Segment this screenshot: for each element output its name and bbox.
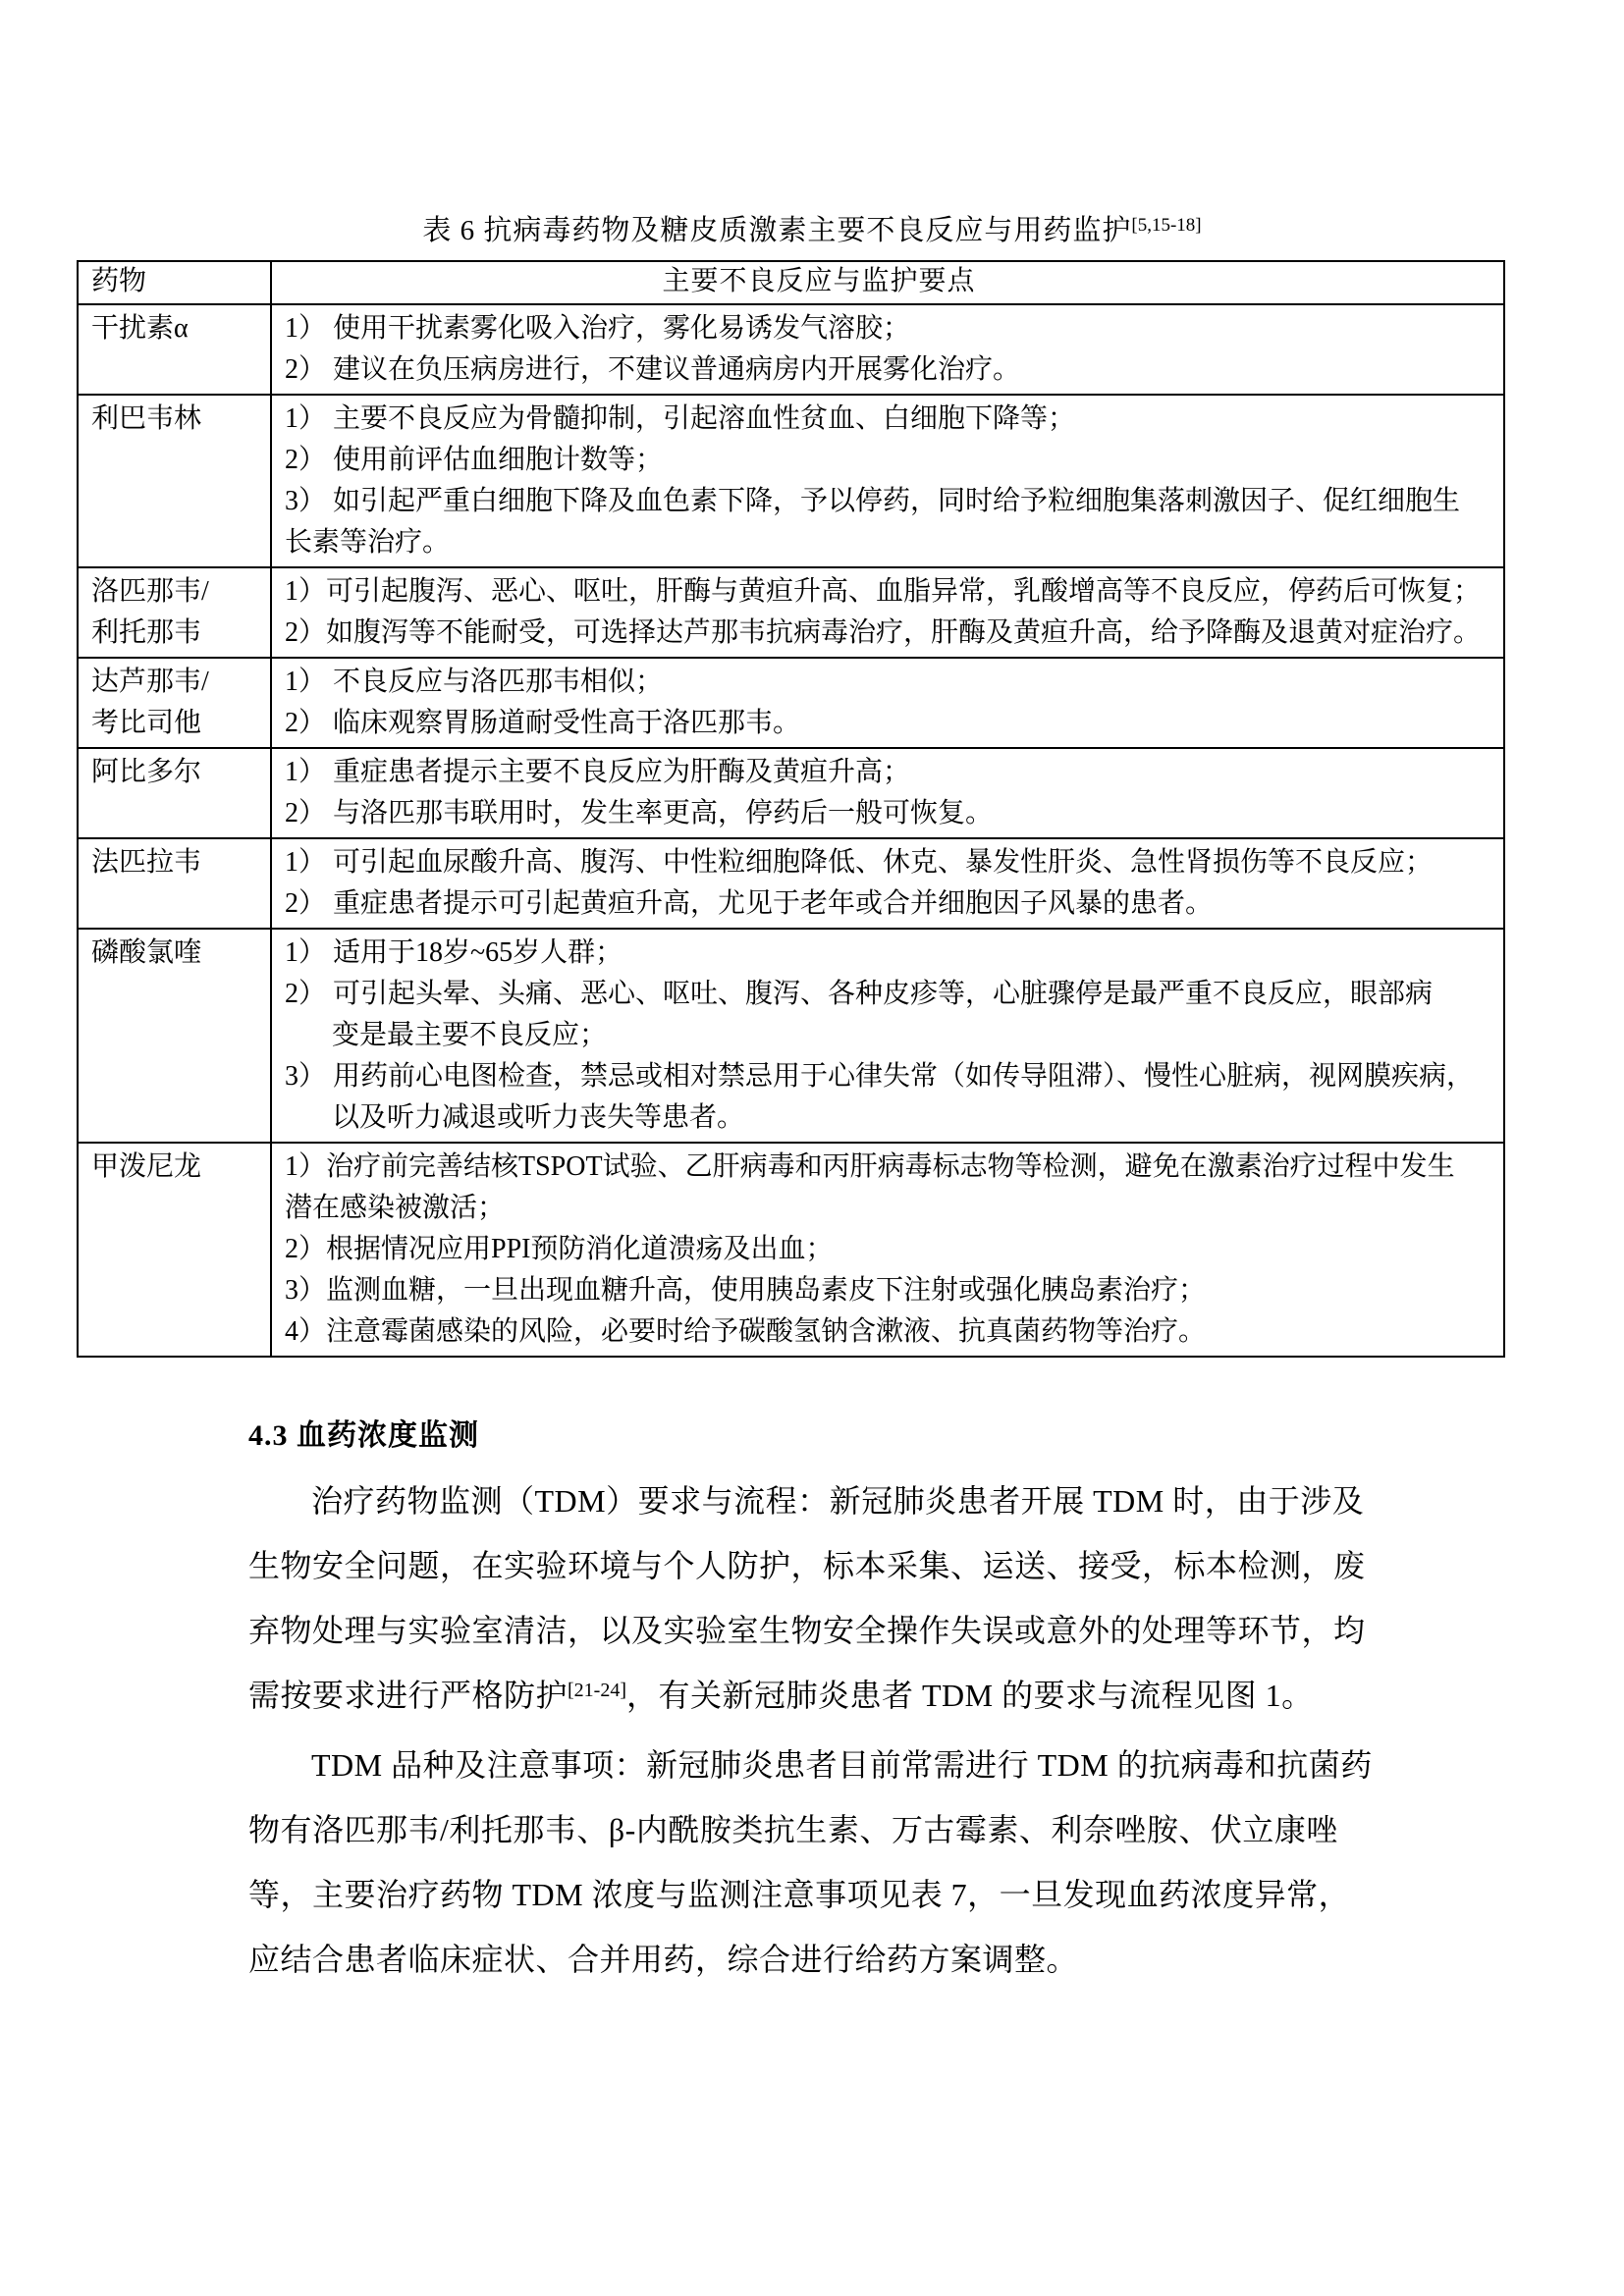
point-line: 1）治疗前完善结核TSPOT试验、乙肝病毒和丙肝病毒标志物等检测，避免在激素治疗… xyxy=(285,1147,1495,1188)
paragraph-line: 应结合患者临床症状、合并用药，综合进行给药方案调整。 xyxy=(248,1927,1380,1992)
paragraph-line: 物有洛匹那韦/利托那韦、β-内酰胺类抗生素、万古霉素、利奈唑胺、伏立康唑 xyxy=(248,1797,1380,1862)
section-paragraphs: 治疗药物监测（TDM）要求与流程：新冠肺炎患者开展 TDM 时，由于涉及生物安全… xyxy=(248,1468,1380,1992)
drug-name-cell: 达芦那韦/考比司他 xyxy=(78,658,271,748)
table-row: 磷酸氯喹1） 适用于18岁~65岁人群；2） 可引起头晕、头痛、恶心、呕吐、腹泻… xyxy=(78,929,1504,1143)
adverse-reactions-table: 药物 主要不良反应与监护要点 干扰素α1） 使用干扰素雾化吸入治疗，雾化易诱发气… xyxy=(77,260,1505,1358)
paragraph-line: 等，主要治疗药物 TDM 浓度与监测注意事项见表 7，一旦发现血药浓度异常， xyxy=(248,1862,1380,1927)
drug-name-line: 磷酸氯喹 xyxy=(91,933,262,974)
table-header-points: 主要不良反应与监护要点 xyxy=(271,261,1504,304)
point-line: 1） 不良反应与洛匹那韦相似； xyxy=(285,662,1495,703)
table-row: 达芦那韦/考比司他1） 不良反应与洛匹那韦相似；2） 临床观察胃肠道耐受性高于洛… xyxy=(78,658,1504,748)
point-line: 以及听力减退或听力丧失等患者。 xyxy=(285,1097,1495,1139)
drug-name-line: 洛匹那韦/ xyxy=(91,571,262,613)
section-4-3: 4.3 血药浓度监测 治疗药物监测（TDM）要求与流程：新冠肺炎患者开展 TDM… xyxy=(248,1404,1380,1992)
points-cell: 1）可引起腹泻、恶心、呕吐，肝酶与黄疸升高、血脂异常，乳酸增高等不良反应，停药后… xyxy=(271,567,1504,658)
paragraph-line: TDM 品种及注意事项：新冠肺炎患者目前常需进行 TDM 的抗病毒和抗菌药 xyxy=(248,1733,1380,1797)
points-cell: 1） 使用干扰素雾化吸入治疗，雾化易诱发气溶胶；2） 建议在负压病房进行，不建议… xyxy=(271,304,1504,395)
table-row: 甲泼尼龙1）治疗前完善结核TSPOT试验、乙肝病毒和丙肝病毒标志物等检测，避免在… xyxy=(78,1143,1504,1357)
drug-name-cell: 干扰素α xyxy=(78,304,271,395)
point-line: 2） 建议在负压病房进行，不建议普通病房内开展雾化治疗。 xyxy=(285,349,1495,391)
table-row: 利巴韦林1） 主要不良反应为骨髓抑制，引起溶血性贫血、白细胞下降等；2） 使用前… xyxy=(78,395,1504,567)
drug-name-line: 利巴韦林 xyxy=(91,399,262,440)
points-cell: 1） 主要不良反应为骨髓抑制，引起溶血性贫血、白细胞下降等；2） 使用前评估血细… xyxy=(271,395,1504,567)
point-line: 2） 重症患者提示可引起黄疸升高，尤见于老年或合并细胞因子风暴的患者。 xyxy=(285,883,1495,925)
point-line: 1）可引起腹泻、恶心、呕吐，肝酶与黄疸升高、血脂异常，乳酸增高等不良反应，停药后… xyxy=(285,571,1495,613)
table-caption-text: 表 6 抗病毒药物及糖皮质激素主要不良反应与用药监护 xyxy=(422,215,1131,246)
point-line: 4）注意霉菌感染的风险，必要时给予碳酸氢钠含漱液、抗真菌药物等治疗。 xyxy=(285,1311,1495,1353)
table-body: 干扰素α1） 使用干扰素雾化吸入治疗，雾化易诱发气溶胶；2） 建议在负压病房进行… xyxy=(78,304,1504,1357)
drug-name-line: 甲泼尼龙 xyxy=(91,1147,262,1188)
point-line: 2） 临床观察胃肠道耐受性高于洛匹那韦。 xyxy=(285,703,1495,744)
point-line: 1） 使用干扰素雾化吸入治疗，雾化易诱发气溶胶； xyxy=(285,308,1495,349)
point-line: 1） 主要不良反应为骨髓抑制，引起溶血性贫血、白细胞下降等； xyxy=(285,399,1495,440)
drug-name-cell: 甲泼尼龙 xyxy=(78,1143,271,1357)
table-caption: 表 6 抗病毒药物及糖皮质激素主要不良反应与用药监护[5,15-18] xyxy=(0,212,1624,253)
point-line: 变是最主要不良反应； xyxy=(285,1015,1495,1056)
point-line: 潜在感染被激活； xyxy=(285,1188,1495,1229)
reference-superscript: [21-24] xyxy=(568,1680,626,1701)
point-line: 2） 与洛匹那韦联用时，发生率更高，停药后一般可恢复。 xyxy=(285,793,1495,834)
point-line: 2） 可引起头晕、头痛、恶心、呕吐、腹泻、各种皮疹等，心脏骤停是最严重不良反应，… xyxy=(285,974,1495,1015)
drug-name-line: 利托那韦 xyxy=(91,613,262,654)
table-header-drug: 药物 xyxy=(78,261,271,304)
point-line: 2）如腹泻等不能耐受，可选择达芦那韦抗病毒治疗，肝酶及黄疸升高，给予降酶及退黄对… xyxy=(285,613,1495,654)
point-line: 长素等治疗。 xyxy=(285,522,1495,563)
drug-name-cell: 阿比多尔 xyxy=(78,748,271,838)
points-cell: 1） 不良反应与洛匹那韦相似；2） 临床观察胃肠道耐受性高于洛匹那韦。 xyxy=(271,658,1504,748)
drug-name-cell: 法匹拉韦 xyxy=(78,838,271,929)
drug-name-line: 法匹拉韦 xyxy=(91,842,262,883)
drug-name-line: 考比司他 xyxy=(91,703,262,744)
paragraph-line: 弃物处理与实验室清洁，以及实验室生物安全操作失误或意外的处理等环节，均 xyxy=(248,1598,1380,1663)
table-header-row: 药物 主要不良反应与监护要点 xyxy=(78,261,1504,304)
table-row: 干扰素α1） 使用干扰素雾化吸入治疗，雾化易诱发气溶胶；2） 建议在负压病房进行… xyxy=(78,304,1504,395)
point-line: 3） 如引起严重白细胞下降及血色素下降，予以停药，同时给予粒细胞集落刺激因子、促… xyxy=(285,481,1495,522)
document-page: 表 6 抗病毒药物及糖皮质激素主要不良反应与用药监护[5,15-18] 药物 主… xyxy=(0,0,1624,2296)
points-cell: 1）治疗前完善结核TSPOT试验、乙肝病毒和丙肝病毒标志物等检测，避免在激素治疗… xyxy=(271,1143,1504,1357)
drug-name-line: 阿比多尔 xyxy=(91,752,262,793)
table-row: 法匹拉韦1） 可引起血尿酸升高、腹泻、中性粒细胞降低、休克、暴发性肝炎、急性肾损… xyxy=(78,838,1504,929)
section-heading: 4.3 血药浓度监测 xyxy=(248,1404,1380,1468)
points-cell: 1） 适用于18岁~65岁人群；2） 可引起头晕、头痛、恶心、呕吐、腹泻、各种皮… xyxy=(271,929,1504,1143)
drug-name-line: 干扰素α xyxy=(91,308,262,349)
paragraph-line: 生物安全问题，在实验环境与个人防护，标本采集、运送、接受，标本检测，废 xyxy=(248,1533,1380,1598)
point-line: 2） 使用前评估血细胞计数等； xyxy=(285,440,1495,481)
point-line: 1） 重症患者提示主要不良反应为肝酶及黄疸升高； xyxy=(285,752,1495,793)
paragraph-line: 需按要求进行严格防护[21-24]，有关新冠肺炎患者 TDM 的要求与流程见图 … xyxy=(248,1663,1380,1733)
drug-name-cell: 洛匹那韦/利托那韦 xyxy=(78,567,271,658)
point-line: 3）监测血糖，一旦出现血糖升高，使用胰岛素皮下注射或强化胰岛素治疗； xyxy=(285,1270,1495,1311)
drug-name-line: 达芦那韦/ xyxy=(91,662,262,703)
table-row: 洛匹那韦/利托那韦1）可引起腹泻、恶心、呕吐，肝酶与黄疸升高、血脂异常，乳酸增高… xyxy=(78,567,1504,658)
table-row: 阿比多尔1） 重症患者提示主要不良反应为肝酶及黄疸升高；2） 与洛匹那韦联用时，… xyxy=(78,748,1504,838)
point-line: 1） 可引起血尿酸升高、腹泻、中性粒细胞降低、休克、暴发性肝炎、急性肾损伤等不良… xyxy=(285,842,1495,883)
drug-name-cell: 磷酸氯喹 xyxy=(78,929,271,1143)
point-line: 1） 适用于18岁~65岁人群； xyxy=(285,933,1495,974)
point-line: 2）根据情况应用PPI预防消化道溃疡及出血； xyxy=(285,1229,1495,1270)
points-cell: 1） 重症患者提示主要不良反应为肝酶及黄疸升高；2） 与洛匹那韦联用时，发生率更… xyxy=(271,748,1504,838)
table-caption-superscript: [5,15-18] xyxy=(1131,215,1201,236)
paragraph-line: 治疗药物监测（TDM）要求与流程：新冠肺炎患者开展 TDM 时，由于涉及 xyxy=(248,1468,1380,1533)
points-cell: 1） 可引起血尿酸升高、腹泻、中性粒细胞降低、休克、暴发性肝炎、急性肾损伤等不良… xyxy=(271,838,1504,929)
point-line: 3） 用药前心电图检查，禁忌或相对禁忌用于心律失常（如传导阻滞）、慢性心脏病，视… xyxy=(285,1056,1495,1097)
drug-name-cell: 利巴韦林 xyxy=(78,395,271,567)
